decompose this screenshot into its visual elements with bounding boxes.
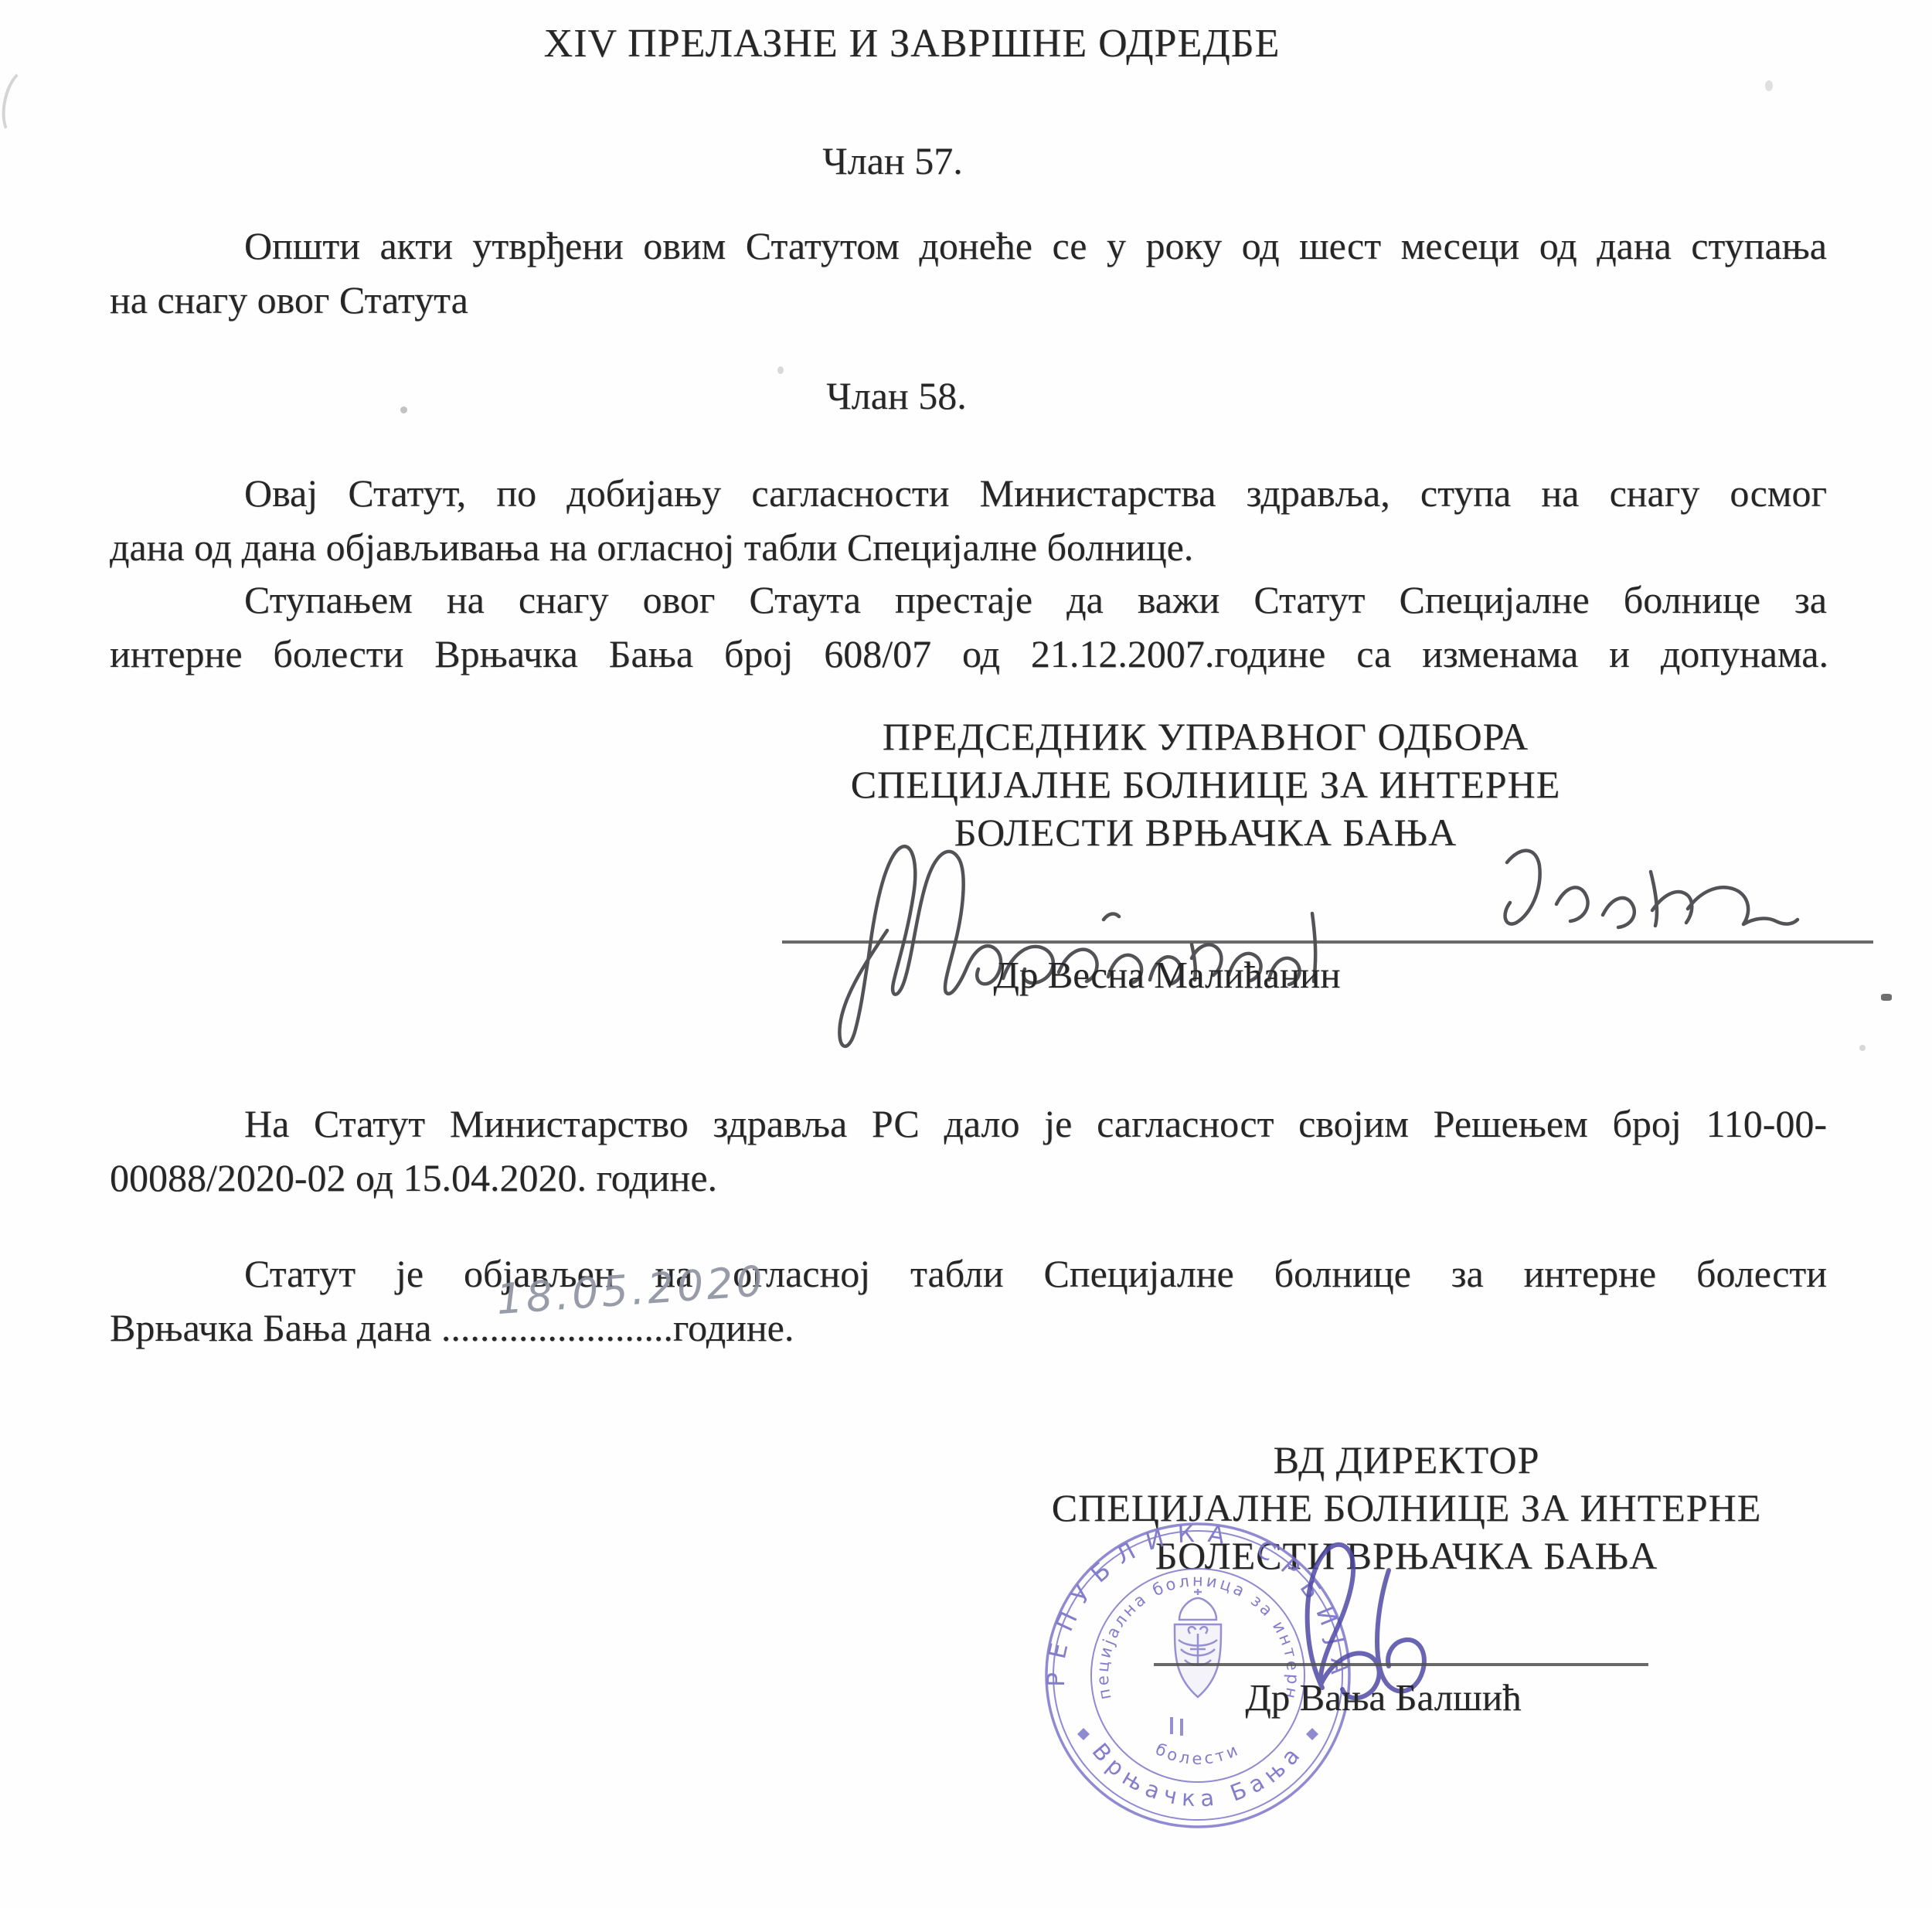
- president-signatory-name: Др Весна Малићанин: [958, 953, 1376, 997]
- article-58-p1-line2: дана од дана објављивања на огласној таб…: [110, 524, 1193, 570]
- approval-line2: 00088/2020-02 од 15.04.2020. године.: [110, 1155, 717, 1201]
- president-title-line2: СПЕЦИЈАЛНЕ БОЛНИЦЕ ЗА ИНТЕРНЕ: [788, 760, 1623, 808]
- signature-stroke: [839, 846, 1001, 1046]
- president-signature-line: [782, 940, 1873, 944]
- article-57-line2: на снагу овог Статута: [110, 277, 468, 323]
- article-57-heading: Члан 57.: [730, 138, 1055, 184]
- scan-artifact-dot: [777, 366, 784, 374]
- director-title-line1: ВД ДИРЕКТОР: [1005, 1436, 1808, 1484]
- article-58-p2-line1: Ступањем на снагу овог Стаута престаје д…: [244, 576, 1827, 623]
- article-58-p1-line1: Овај Статут, по добијању сагласности Мин…: [244, 470, 1827, 516]
- signature-stroke: [1377, 1570, 1424, 1692]
- article-58-heading: Члан 58.: [734, 372, 1059, 419]
- scan-artifact-arc: [0, 65, 47, 142]
- scan-artifact-dot: [1859, 1045, 1866, 1051]
- section-title: XIV ПРЕЛАЗНЕ И ЗАВРШНЕ ОДРЕДБЕ: [433, 20, 1391, 68]
- article-57-line1: Општи акти утврђени овим Статутом донеће…: [244, 223, 1827, 269]
- signature-stroke: [1505, 851, 1798, 927]
- stamp-diamond-right: [1306, 1728, 1318, 1740]
- stamp-center-mark-11: [1172, 1717, 1182, 1736]
- approval-line1: На Статут Министарство здравља РС дало ј…: [244, 1100, 1827, 1147]
- scan-artifact-dot: [1881, 994, 1892, 1001]
- publication-line2-prefix: Врњачка Бања дана: [110, 1306, 441, 1349]
- director-signatory-name: Др Вања Балшић: [1167, 1675, 1600, 1719]
- director-signature-line: [1154, 1663, 1648, 1666]
- article-58-p2-line2: интерне болести Врњачка Бања број 608/07…: [110, 631, 1828, 677]
- scanned-statute-page: XIV ПРЕЛАЗНЕ И ЗАВРШНЕ ОДРЕДБЕ Члан 57. …: [0, 0, 1932, 1908]
- publication-line1: Статут је објављен на огласној табли Спе…: [244, 1250, 1827, 1297]
- scan-artifact-dot: [1765, 80, 1773, 91]
- president-title-line1: ПРЕДСЕДНИК УПРАВНОГ ОДБОРА: [788, 713, 1623, 760]
- publication-line2-suffix: године.: [673, 1306, 794, 1349]
- president-signature-handwriting: [796, 828, 1801, 1060]
- scan-artifact-dot: [400, 406, 407, 413]
- stamp-diamond-left: [1077, 1728, 1090, 1740]
- publication-line2: Врњачка Бања дана ......................…: [110, 1304, 794, 1351]
- stamp-inner-bottom-text: болести: [1152, 1740, 1243, 1768]
- crown-icon: [1179, 1598, 1216, 1620]
